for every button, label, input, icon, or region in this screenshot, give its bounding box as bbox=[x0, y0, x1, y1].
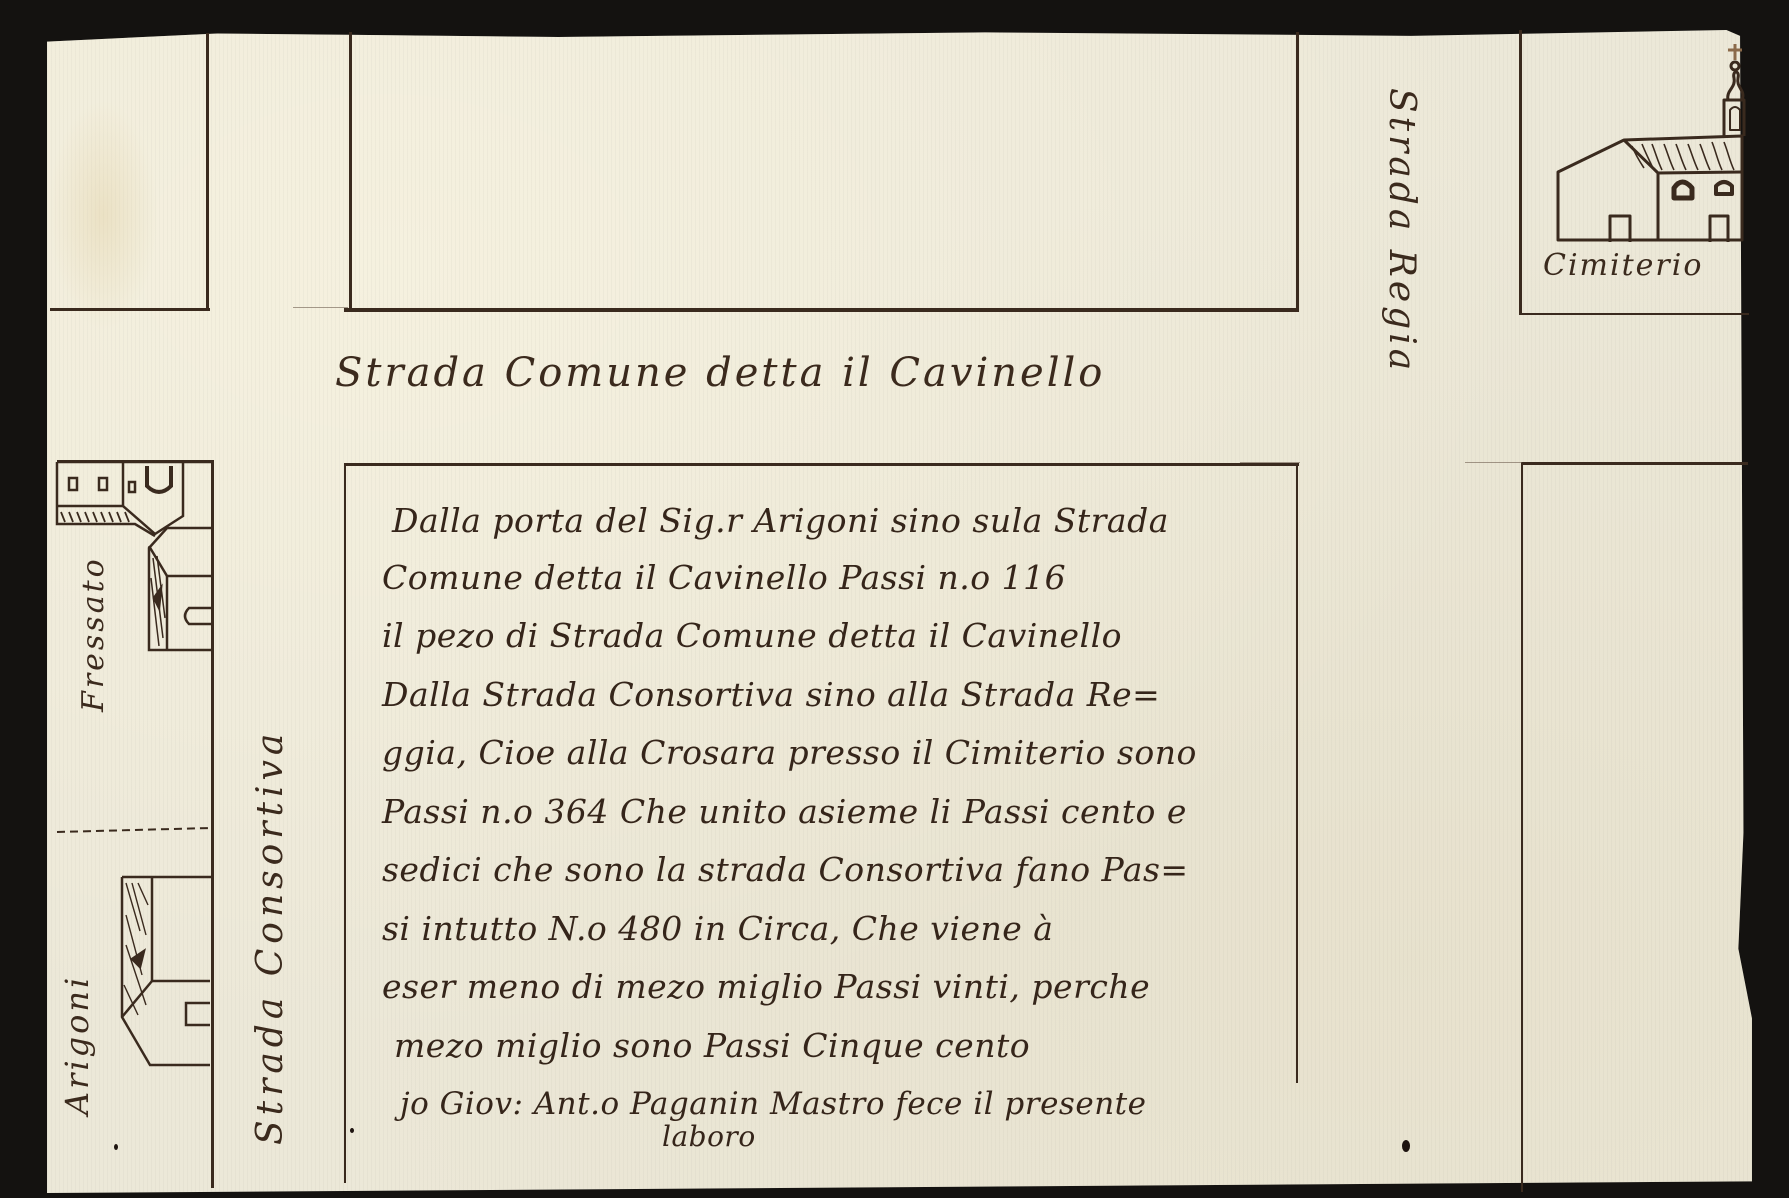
label-fressato: Fressato bbox=[76, 556, 111, 712]
text-line: sedici che sono la strada Consortiva fan… bbox=[382, 841, 1282, 900]
survey-text-block: Dalla porta del Sig.r Arigoni sino sula … bbox=[382, 492, 1282, 1166]
block-cemetery-bottom-edge bbox=[1519, 313, 1749, 315]
text-line: mezo miglio sono Passi Cinque cento bbox=[382, 1017, 1282, 1076]
text-line: ggia, Cioe alla Crosara presso il Cimite… bbox=[382, 724, 1282, 783]
label-strada-consortiva: Strada Consortiva bbox=[250, 729, 291, 1145]
text-frame-top-edge bbox=[344, 463, 1299, 466]
block-top-center-right-edge bbox=[1296, 32, 1299, 312]
block-bottom-right-faint-line bbox=[1465, 462, 1522, 463]
block-bottom-right-left-edge bbox=[1521, 462, 1523, 1192]
building-arigoni-icon bbox=[118, 875, 218, 1075]
paper-stain bbox=[48, 100, 158, 330]
text-line: si intutto N.o 480 in Circa, Che viene à bbox=[382, 900, 1282, 959]
dashed-boundary bbox=[55, 820, 215, 840]
text-line: il pezo di Strada Comune detta il Cavine… bbox=[382, 607, 1282, 666]
church-icon bbox=[1550, 30, 1750, 250]
block-top-center-left-edge bbox=[349, 32, 352, 312]
text-line: Passi n.o 364 Che unito asieme li Passi … bbox=[382, 783, 1282, 842]
text-line: Comune detta il Cavinello Passi n.o 116 bbox=[382, 549, 1282, 608]
block-cemetery-left-edge bbox=[1519, 30, 1522, 315]
label-strada-regia: Strada Regia bbox=[1381, 88, 1422, 374]
text-line: Dalla porta del Sig.r Arigoni sino sula … bbox=[382, 492, 1282, 551]
text-line: Dalla Strada Consortiva sino alla Strada… bbox=[382, 666, 1282, 725]
ink-speck bbox=[1402, 1140, 1410, 1152]
block-top-center-bottom-edge bbox=[344, 308, 1299, 312]
block-top-left-right-edge bbox=[206, 33, 209, 310]
label-strada-comune: Strada Comune detta il Cavinello bbox=[335, 350, 1105, 396]
block-top-center-faint-line bbox=[293, 307, 348, 308]
text-line: eser meno di mezo miglio Passi vinti, pe… bbox=[382, 958, 1282, 1017]
text-frame-left-edge bbox=[344, 463, 346, 1183]
ink-speck bbox=[114, 1144, 118, 1150]
label-arigoni: Arigoni bbox=[58, 975, 96, 1115]
text-frame-right-edge bbox=[1296, 463, 1298, 1083]
block-bottom-right-top-edge bbox=[1522, 462, 1748, 465]
text-frame-faint-line bbox=[1240, 462, 1300, 463]
label-cimiterio: Cimiterio bbox=[1543, 248, 1703, 283]
block-top-left-bottom-edge bbox=[50, 308, 210, 311]
ink-speck bbox=[350, 1128, 354, 1133]
